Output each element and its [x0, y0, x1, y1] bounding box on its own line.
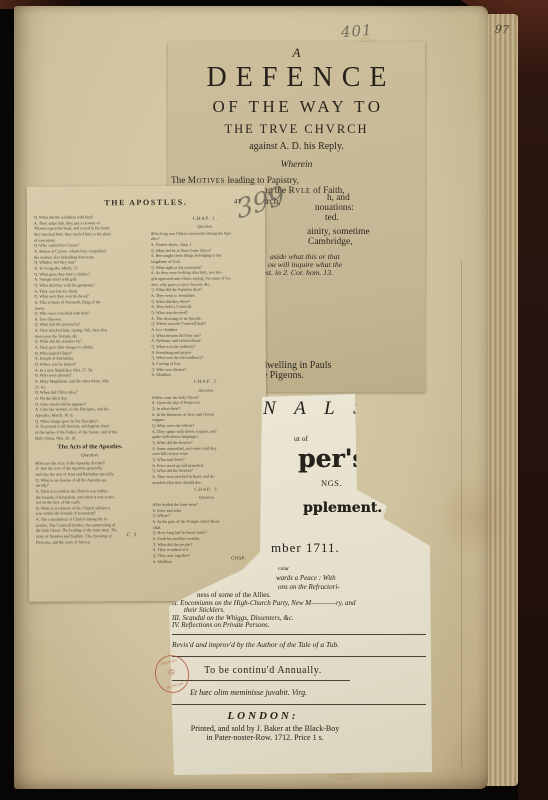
partial-line: nouations:	[315, 203, 354, 213]
resolutions-line: ons on the Refractori-	[278, 583, 340, 591]
right-column-lines: CHAP. 1.Question.HOw long was Christ con…	[150, 213, 262, 564]
text-line: manded what they should doe.	[152, 479, 262, 485]
defence-subtitle-1: OF THE WAY TO	[168, 97, 425, 117]
two-column-text: Q. What did the souldiers with him?A. Th…	[27, 206, 267, 565]
apostles-catechism-fragment: THE APOSTLES. 41 Q. What did the souldie…	[27, 185, 268, 601]
text-line: CHAP. 3.	[152, 487, 262, 493]
defence-title-block: A DEFENCE OF THE WAY TO THE TRVE CHVRCH …	[168, 45, 425, 207]
signature-mark: C 3	[127, 533, 137, 538]
text: Motives	[188, 176, 225, 186]
text-line: A. Matthias.	[153, 558, 263, 564]
partial-line: h, and	[327, 193, 350, 203]
defence-title: DEFENCE	[168, 62, 425, 94]
book-page-edges	[487, 14, 518, 786]
continued-line: To be continu'd Annually.	[168, 665, 358, 676]
rule	[172, 634, 426, 635]
text-line: II. Encomiums on the High-Church Party, …	[172, 600, 360, 615]
acts-heading: The Acts of the Apostles.	[35, 444, 145, 450]
supplement-fragment: pplement.	[303, 500, 382, 516]
left-column: Q. What did the souldiers with him?A. Th…	[34, 214, 146, 565]
running-header: THE APOSTLES. 41	[27, 197, 265, 207]
date-line: mber 1711.	[271, 540, 340, 556]
peace-line: wards a Peace : With	[276, 574, 336, 582]
partial-line: ainity, sometime	[307, 227, 370, 237]
partial-line: ted.	[325, 213, 339, 223]
partial-line: ut of	[294, 434, 308, 443]
text-line: Question.	[151, 387, 261, 393]
text-line: Holy Ghost, Mat. 28. 19.	[35, 435, 145, 441]
partial-line: NGS.	[321, 478, 342, 488]
allies-line: ness of some of the Allies.	[197, 591, 271, 599]
right-column: CHAP. 1.Question.HOw long was Christ con…	[150, 213, 262, 564]
book-cover	[518, 0, 548, 800]
imprint-line-2: in Pater-noster-Row. 1712. Price 1 s.	[164, 733, 366, 742]
swash-initial: A	[168, 45, 425, 61]
wherein-label: Wherein	[168, 160, 425, 170]
left-column-top: Q. What did the souldiers with him?A. Th…	[34, 214, 145, 441]
annals-caps: N A L S	[263, 398, 370, 420]
revised-line: Revis'd and improv'd by the Author of th…	[172, 640, 339, 649]
text-line: CHAP. 2.	[151, 380, 261, 386]
handwritten-number-401: 401	[340, 21, 373, 41]
partial-line: cular	[278, 566, 289, 572]
imprint-line-1: Printed, and sold by J. Baker at the Bla…	[164, 724, 366, 733]
running-header-text: THE APOSTLES.	[104, 198, 187, 208]
text-line: IV. Reflections on Private Persons.	[172, 622, 360, 629]
photograph-of-album-page: A DEFENCE OF THE WAY TO THE TRVE CHVRCH …	[0, 0, 548, 800]
virgil-motto: Et hæc olim meminisse juvabit. Virg.	[190, 688, 307, 697]
rule	[172, 656, 426, 657]
blackletter-fragment: per's	[298, 444, 366, 473]
catchword: CHAP.	[231, 556, 245, 561]
text-line: Deacons, and the story of Steven.	[36, 539, 146, 545]
rule	[172, 704, 426, 705]
london-line: LONDON:	[168, 710, 358, 722]
acts-question-label: Question.	[35, 452, 145, 458]
text-line: Question.	[152, 494, 262, 500]
defence-subtitle-2: THE TRVE CHVRCH	[168, 122, 425, 137]
partial-line: Cambridge,	[308, 237, 353, 247]
folio-number-97: 97	[495, 23, 510, 37]
quote-line: ost. in 2. Cor. hom. 13.	[262, 268, 333, 277]
rule	[172, 680, 350, 681]
defence-subtitle-3: against A. D. his Reply.	[168, 141, 425, 152]
contents-list: II. Encomiums on the High-Church Party, …	[172, 600, 360, 630]
stain	[444, 466, 508, 566]
text: The	[171, 176, 188, 186]
text: Rvle	[289, 186, 311, 196]
text-line: A. Matthias.	[151, 372, 261, 378]
